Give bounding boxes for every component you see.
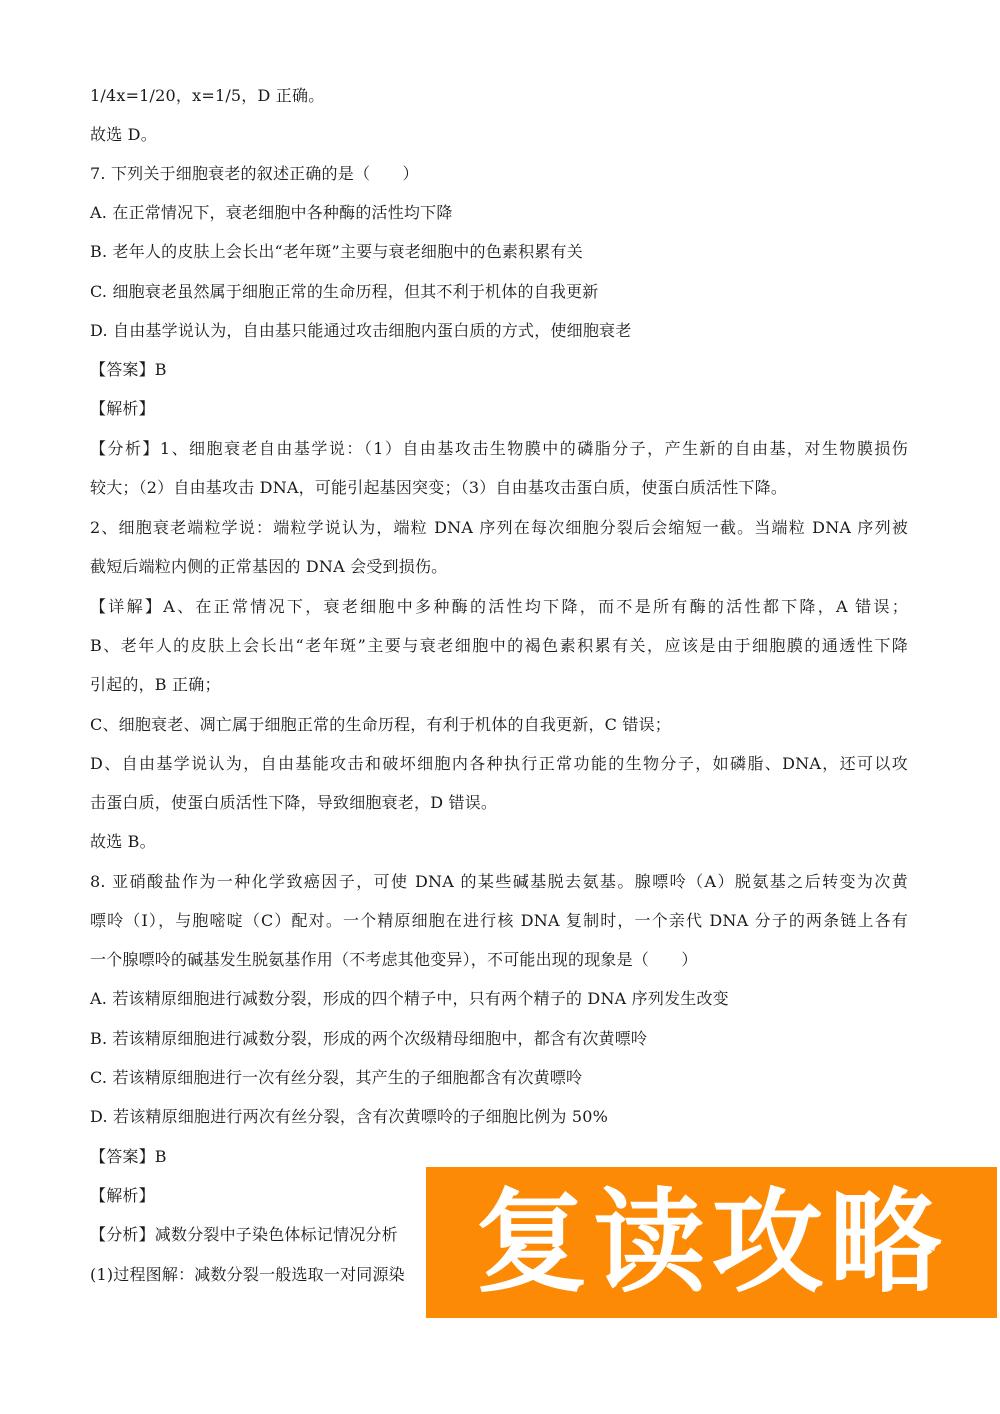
question-7-detail-b-line-2: 引起的，B 正确；	[90, 675, 221, 695]
watermark-text: 复读攻略	[476, 1187, 948, 1299]
question-7-answer: 【答案】B	[90, 360, 167, 380]
question-7-stem: 7. 下列关于细胞衰老的叙述正确的是（ ）	[90, 164, 419, 184]
question-8-answer: 【答案】B	[90, 1147, 167, 1167]
question-7-detail-c: C、细胞衰老、凋亡属于细胞正常的生命历程，有利于机体的自我更新，C 错误；	[90, 715, 671, 735]
question-8-explanation-heading: 【解析】	[90, 1186, 155, 1206]
question-7-analysis-line-3: 2、细胞衰老端粒学说：端粒学说认为，端粒 DNA 序列在每次细胞分裂后会缩短一截…	[90, 518, 908, 538]
question-8-stem-line-3: 一个腺嘌呤的碱基发生脱氨基作用（不考虑其他变异），不可能出现的现象是（ ）	[90, 950, 698, 970]
question-8-stem-line-2: 嘌呤（I），与胞嘧啶（C）配对。一个精原细胞在进行核 DNA 复制时，一个亲代 …	[90, 911, 908, 931]
question-8-option-c: C. 若该精原细胞进行一次有丝分裂，其产生的子细胞都含有次黄嘌呤	[90, 1068, 582, 1088]
question-8-option-a: A. 若该精原细胞进行减数分裂，形成的四个精子中，只有两个精子的 DNA 序列发…	[90, 989, 729, 1009]
question-7-detail-a: 【详解】A、在正常情况下，衰老细胞中多种酶的活性均下降，而不是所有酶的活性都下降…	[90, 597, 908, 617]
text-line-q6-conclusion: 故选 D。	[90, 125, 157, 145]
question-7-analysis-line-2: 较大；（2）自由基攻击 DNA，可能引起基因突变；（3）自由基攻击蛋白质，使蛋白…	[90, 478, 787, 498]
question-7-detail-d-line-1: D、自由基学说认为，自由基能攻击和破坏细胞内各种执行正常功能的生物分子，如磷脂、…	[90, 754, 908, 774]
question-7-option-c: C. 细胞衰老虽然属于细胞正常的生命历程，但其不利于机体的自我更新	[90, 282, 598, 302]
watermark-banner: 复读攻略	[426, 1167, 997, 1318]
question-7-option-d: D. 自由基学说认为，自由基只能通过攻击细胞内蛋白质的方式，使细胞衰老	[90, 321, 631, 341]
question-7-option-a: A. 在正常情况下，衰老细胞中各种酶的活性均下降	[90, 203, 453, 223]
question-8-option-d: D. 若该精原细胞进行两次有丝分裂，含有次黄嘌呤的子细胞比例为 50%	[90, 1107, 608, 1127]
question-7-analysis-line-1: 【分析】1、细胞衰老自由基学说：（1）自由基攻击生物膜中的磷脂分子，产生新的自由…	[90, 439, 908, 459]
question-8-stem-line-1: 8. 亚硝酸盐作为一种化学致癌因子，可使 DNA 的某些碱基脱去氨基。腺嘌呤（A…	[90, 872, 908, 892]
question-7-detail-d-line-2: 击蛋白质，使蛋白质活性下降，导致细胞衰老，D 错误。	[90, 793, 497, 813]
question-7-explanation-heading: 【解析】	[90, 399, 155, 419]
document-page: 1/4x=1/20，x=1/5，D 正确。 故选 D。 7. 下列关于细胞衰老的…	[0, 0, 1000, 1414]
question-7-conclusion: 故选 B。	[90, 832, 156, 852]
question-8-option-b: B. 若该精原细胞进行减数分裂，形成的两个次级精母细胞中，都含有次黄嘌呤	[90, 1029, 647, 1049]
question-7-detail-b-line-1: B、老年人的皮肤上会长出“老年斑”主要与衰老细胞中的褐色素积累有关，应该是由于细…	[90, 636, 908, 656]
question-8-analysis-line-1: 【分析】减数分裂中子染色体标记情况分析	[90, 1225, 398, 1245]
question-7-analysis-line-4: 截短后端粒内侧的正常基因的 DNA 会受到损伤。	[90, 557, 447, 577]
question-8-analysis-line-2: (1)过程图解：减数分裂一般选取一对同源染	[90, 1265, 405, 1285]
text-line-calc-result: 1/4x=1/20，x=1/5，D 正确。	[90, 86, 324, 106]
question-7-option-b: B. 老年人的皮肤上会长出“老年斑”主要与衰老细胞中的色素积累有关	[90, 242, 583, 262]
